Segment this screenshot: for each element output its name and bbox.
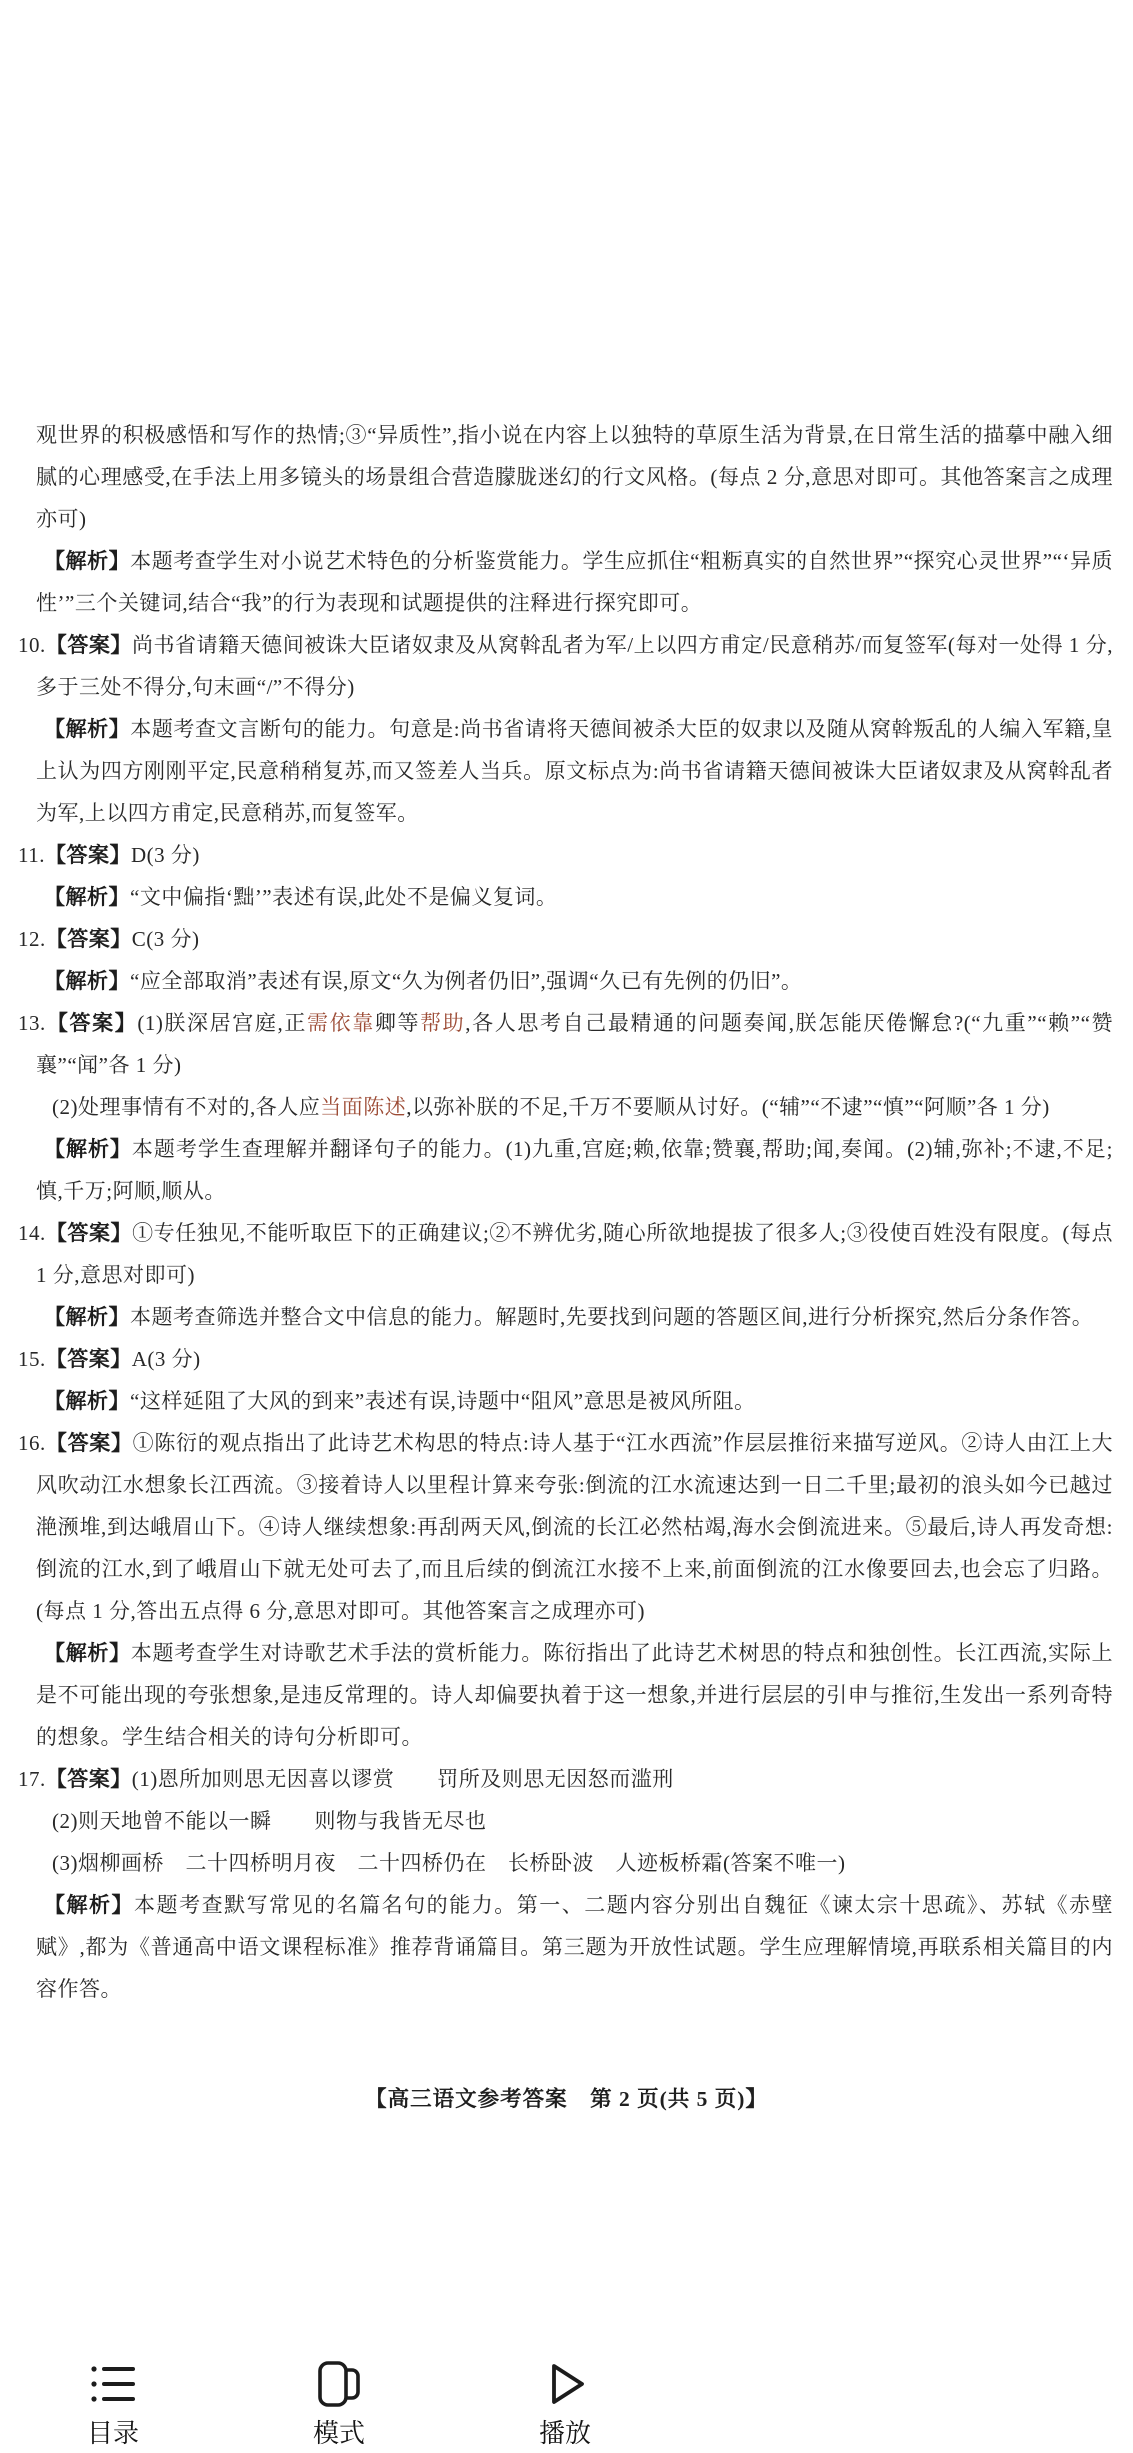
answer-paragraph: (3)烟柳画桥 二十四桥明月夜 二十四桥仍在 长桥卧波 人迹板桥霜(答案不唯一) — [36, 1842, 1113, 1884]
answer-paragraph: 【解析】本题考查筛选并整合文中信息的能力。解题时,先要找到问题的答题区间,进行分… — [36, 1296, 1113, 1338]
answer-paragraph: 【解析】“应全部取消”表述有误,原文“久为例者仍旧”,强调“久已有先例的仍旧”。 — [36, 960, 1113, 1002]
answer-paragraph: 【解析】本题考查学生对诗歌艺术手法的赏析能力。陈衍指出了此诗艺术树思的特点和独创… — [36, 1632, 1113, 1758]
page-footer: 【高三语文参考答案 第 2 页(共 5 页)】 — [0, 2082, 1133, 2113]
answer-paragraph: 14.【答案】①专任独见,不能听取臣下的正确建议;②不辨优劣,随心所欲地提拔了很… — [36, 1212, 1113, 1296]
reader-screen: { "colors": { "highlight_red": "#9c4b35"… — [0, 0, 1133, 2453]
answer-paragraph: 【解析】“文中偏指‘黜’”表述有误,此处不是偏义复词。 — [36, 876, 1113, 918]
mode-button-label: 模式 — [313, 2420, 365, 2446]
play-button-label: 播放 — [539, 2420, 591, 2446]
document-page[interactable]: 观世界的积极感悟和写作的热情;③“异质性”,指小说在内容上以独特的草原生活为背景… — [0, 414, 1133, 2010]
answer-paragraph: 15.【答案】A(3 分) — [36, 1338, 1113, 1380]
answer-paragraph: 10.【答案】尚书省请籍天德间被诛大臣诸奴隶及从窝斡乱者为军/上以四方甫定/民意… — [36, 624, 1113, 708]
play-icon — [539, 2360, 591, 2408]
reading-mode-icon — [313, 2360, 365, 2408]
play-button[interactable]: 播放 — [452, 2350, 678, 2453]
answer-paragraph: 11.【答案】D(3 分) — [36, 834, 1113, 876]
toc-button[interactable]: 目录 — [0, 2350, 226, 2453]
answer-paragraph: 16.【答案】①陈衍的观点指出了此诗艺术构思的特点:诗人基于“江水西流”作层层推… — [36, 1422, 1113, 1632]
answer-paragraph: 观世界的积极感悟和写作的热情;③“异质性”,指小说在内容上以独特的草原生活为背景… — [36, 414, 1113, 540]
answer-paragraph: 【解析】本题考查文言断句的能力。句意是:尚书省请将天德间被杀大臣的奴隶以及随从窝… — [36, 708, 1113, 834]
answer-paragraph: (2)处理事情有不对的,各人应当面陈述,以弥补朕的不足,千万不要顺从讨好。(“辅… — [36, 1086, 1113, 1128]
answer-paragraph: 12.【答案】C(3 分) — [36, 918, 1113, 960]
answer-paragraph: (2)则天地曾不能以一瞬 则物与我皆无尽也 — [36, 1800, 1113, 1842]
mode-button[interactable]: 模式 — [226, 2350, 452, 2453]
answer-paragraph: 17.【答案】(1)恩所加则思无因喜以谬赏 罚所及则思无因怒而滥刑 — [36, 1758, 1113, 1800]
bottom-toolbar: 目录 模式 播放 — [0, 2350, 1133, 2453]
answer-paragraph: 【解析】本题考学生查理解并翻译句子的能力。(1)九重,宫庭;赖,依靠;赞襄,帮助… — [36, 1128, 1113, 1212]
answer-paragraph: 【解析】本题考查学生对小说艺术特色的分析鉴赏能力。学生应抓住“粗粝真实的自然世界… — [36, 540, 1113, 624]
toc-list-icon — [87, 2360, 139, 2408]
answer-paragraph: 【解析】本题考查默写常见的名篇名句的能力。第一、二题内容分别出自魏征《谏太宗十思… — [36, 1884, 1113, 2010]
answer-paragraph: 【解析】“这样延阻了大风的到来”表述有误,诗题中“阻风”意思是被风所阻。 — [36, 1380, 1113, 1422]
answer-paragraph: 13.【答案】(1)朕深居宫庭,正需依靠卿等帮助,各人思考自己最精通的问题奏闻,… — [36, 1002, 1113, 1086]
toc-button-label: 目录 — [87, 2420, 139, 2446]
